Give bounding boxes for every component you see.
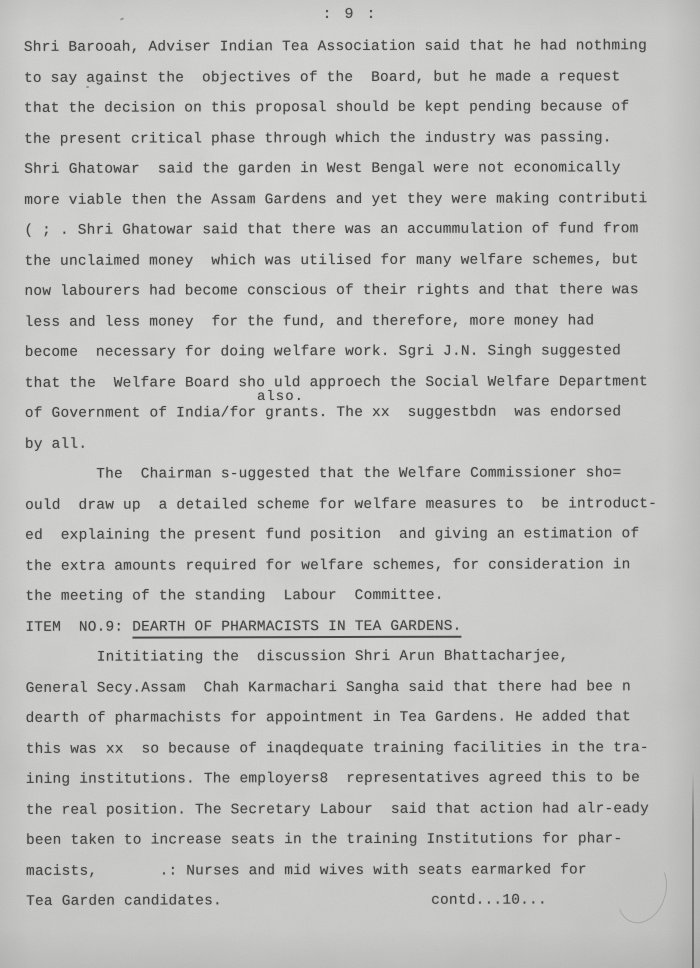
page-number: : 9 : — [0, 6, 700, 23]
item-heading-title: DEARTH OF PHARMACISTS IN TEA GARDENS. — [132, 618, 461, 638]
text-line: ould draw up a detailed scheme for welfa… — [25, 489, 685, 521]
text-line: General Secy.Assam Chah Karmachari Sangh… — [26, 672, 686, 704]
text-line: the unclaimed money which was utilised f… — [24, 245, 684, 277]
text-line: ining institutions. The employers8 repre… — [26, 763, 686, 795]
text-line: Shri Ghatowar said the garden in West Be… — [24, 153, 684, 185]
handwritten-insertion: also. — [257, 389, 304, 405]
text-line: more viable then the Assam Gardens and y… — [24, 184, 684, 216]
text-line: the meeting of the standing Labour Commi… — [25, 580, 685, 612]
text-line: that the Welfare Board sho uld approech … — [25, 367, 685, 399]
text-line: this was xx so because of inaqdequate tr… — [26, 733, 686, 765]
text-line: now labourers had become conscious of th… — [24, 275, 684, 307]
text-line: the present critical phase through which… — [24, 123, 684, 155]
text-line: ( ; . Shri Ghatowar said that there was … — [24, 214, 684, 246]
scanned-document-page: { "colors": { "paper": "#cfcfcd", "ink":… — [0, 0, 700, 968]
text-line: The Chairman s-uggested that the Welfare… — [25, 458, 685, 490]
text-line: been taken to increase seats in the trai… — [26, 824, 686, 856]
item-heading-label: ITEM NO.9: — [25, 619, 132, 635]
closing-text: Tea Garden candidates. — [26, 886, 222, 917]
text-line: of Government of India/for grants. The x… — [25, 397, 685, 429]
text-line: dearth of pharmachists for appointment i… — [26, 702, 686, 734]
page-edge-shadow — [692, 772, 694, 968]
text-line: by all. — [25, 428, 685, 460]
document-body: Shri Barooah, Adviser Indian Tea Associa… — [24, 31, 686, 917]
text-line: Inititiating the discussion Shri Arun Bh… — [25, 641, 685, 673]
text-line: the real position. The Secretary Labour … — [26, 794, 686, 826]
closing-line: Tea Garden candidates.contd...10... — [26, 885, 686, 917]
item-heading: ITEM NO.9: DEARTH OF PHARMACISTS IN TEA … — [25, 611, 685, 643]
text-line: macists, .: Nurses and mid wives with se… — [26, 855, 686, 887]
continuation-marker: contd...10... — [431, 885, 547, 916]
text-line: ed explaining the present fund position … — [25, 519, 685, 551]
text-line: less and less money for the fund, and th… — [25, 306, 685, 338]
text-line: the extra amounts required for welfare s… — [25, 550, 685, 582]
text-line: Shri Barooah, Adviser Indian Tea Associa… — [24, 31, 684, 63]
text-line: become necessary for doing welfare work.… — [25, 336, 685, 368]
text-line: to say against the objectives of the Boa… — [24, 62, 684, 94]
text-line: that the decision on this proposal shoul… — [24, 92, 684, 124]
